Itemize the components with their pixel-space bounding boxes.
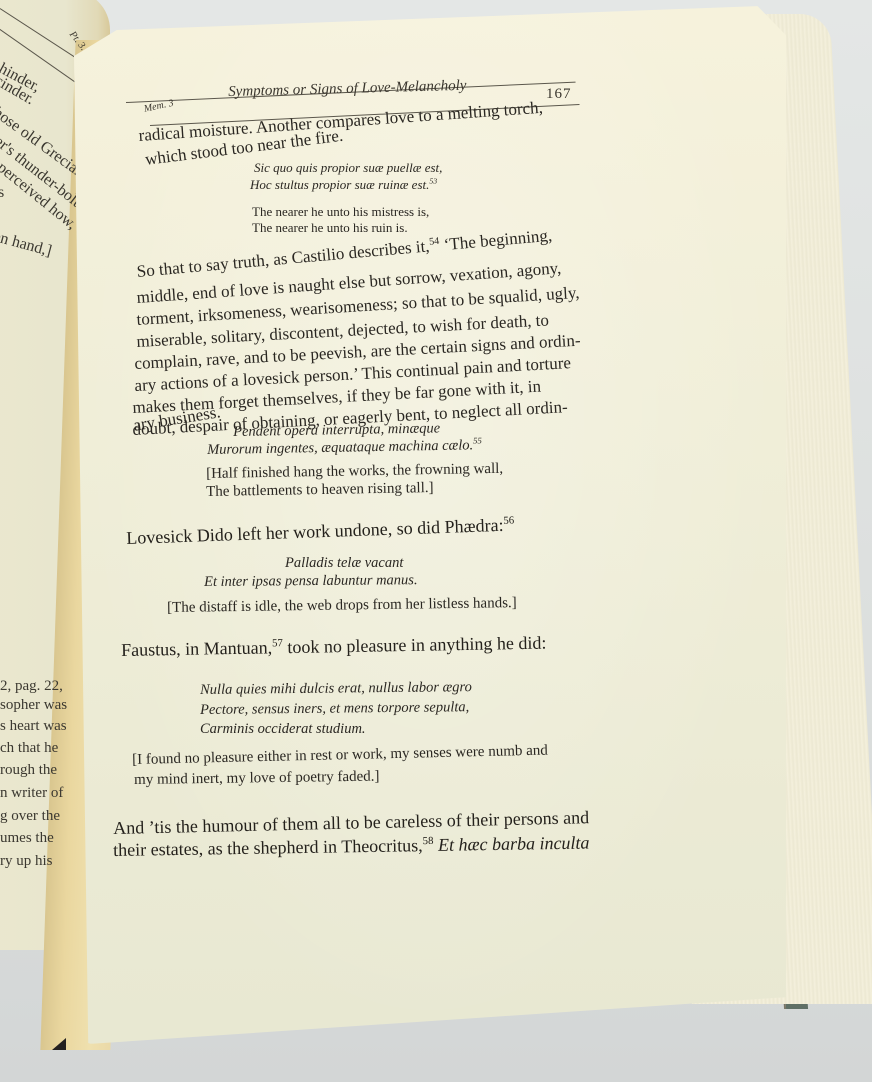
left-footnote-line: ry up his bbox=[0, 853, 53, 870]
left-footnote-line: g over the bbox=[0, 808, 60, 825]
left-footnote-line: 2, pag. 22, bbox=[0, 678, 63, 695]
footnote-ref[interactable]: 54 bbox=[429, 236, 440, 248]
latin-verse-line: Sic quo quis propior suæ puellæ est, bbox=[254, 160, 442, 176]
left-footnote-line: rough the bbox=[0, 762, 57, 779]
latin-verse-line: Nulla quies mihi dulcis erat, nullus lab… bbox=[200, 679, 472, 699]
latin-verse-line: Carminis occiderat studium. bbox=[200, 721, 366, 738]
left-footnote-line: ch that he bbox=[0, 740, 58, 757]
footnote-ref[interactable]: 56 bbox=[503, 514, 514, 526]
latin-verse-line: Et inter ipsas pensa labuntur manus. bbox=[204, 572, 418, 591]
translation-line: The nearer he unto his ruin is. bbox=[252, 220, 408, 236]
left-fragment: s bbox=[0, 184, 4, 202]
left-footnote-line: sopher was bbox=[0, 697, 67, 714]
footnote-ref[interactable]: 58 bbox=[423, 835, 434, 847]
latin-verse-line: Palladis telæ vacant bbox=[285, 555, 403, 572]
left-footnote-line: umes the bbox=[0, 830, 54, 847]
footnote-ref[interactable]: 55 bbox=[473, 435, 482, 445]
page-number: 167 bbox=[546, 86, 572, 103]
latin-verse-line: Hoc stultus propior suæ ruinæ est.53 bbox=[250, 177, 437, 193]
footnote-ref[interactable]: 57 bbox=[272, 637, 283, 649]
left-footnote-line: n writer of bbox=[0, 785, 63, 802]
translation-line: my mind inert, my love of poetry faded.] bbox=[134, 769, 380, 789]
footnote-ref[interactable]: 53 bbox=[429, 177, 437, 186]
left-footnote-line: s heart was bbox=[0, 718, 67, 735]
translation-line: The nearer he unto his mistress is, bbox=[252, 204, 429, 220]
latin-verse-line: Pectore, sensus iners, et mens torpore s… bbox=[200, 699, 469, 719]
